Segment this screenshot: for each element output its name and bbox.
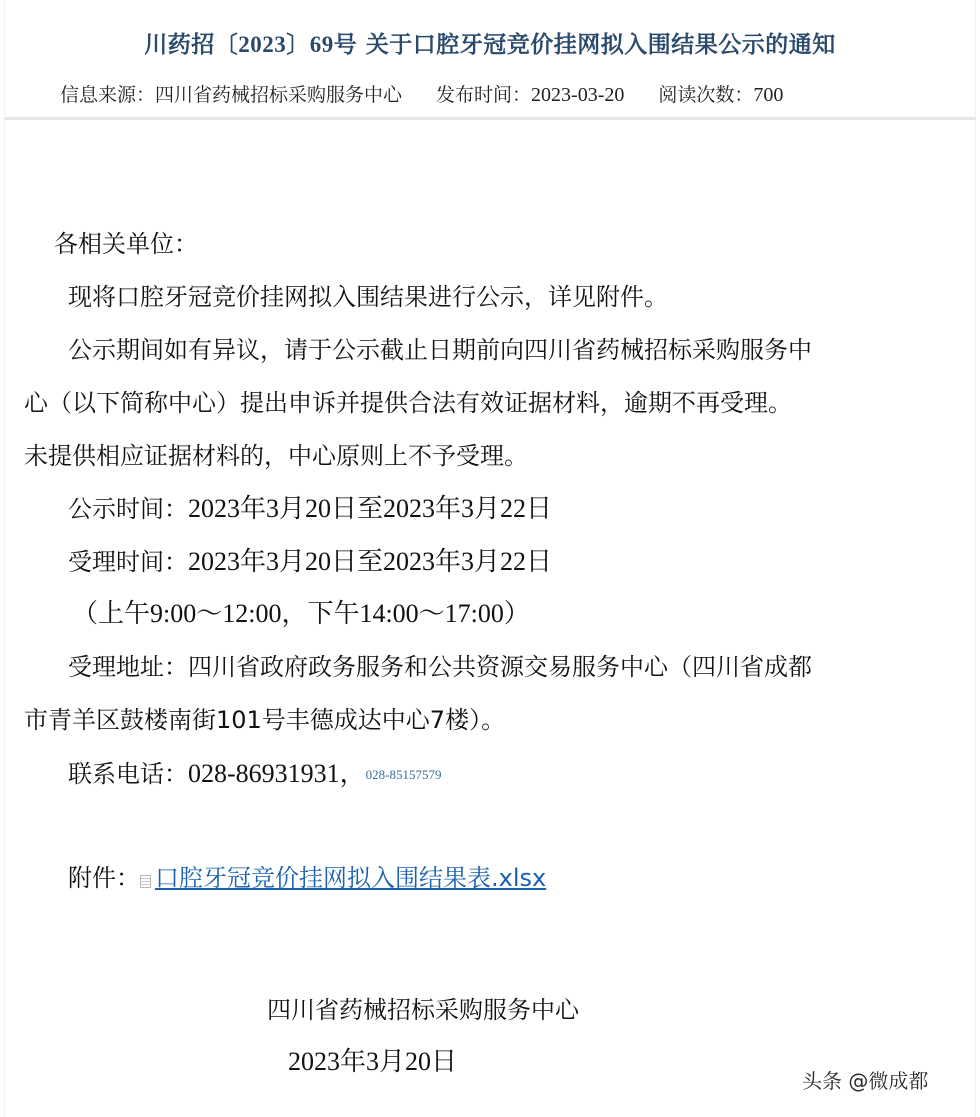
views-count: 700 (753, 84, 783, 106)
header-divider (4, 117, 976, 120)
signature-org: 四川省药械招标采购服务中心 (267, 994, 579, 1026)
publish-date: 2023-03-20 (531, 84, 624, 106)
attachment-label: 附件： (68, 864, 140, 892)
paragraph-objection-line2: 心（以下简称中心）提出申诉并提供合法有效证据材料，逾期不再受理。 (24, 387, 792, 419)
accept-label: 受理时间： (68, 548, 188, 576)
signature-date: 2023年3月20日 (288, 1046, 457, 1078)
file-icon (140, 875, 151, 888)
address-line2: 市青羊区鼓楼南街101号丰德成达中心7楼）。 (24, 704, 505, 736)
source-label: 信息来源： (60, 84, 155, 106)
office-hours: （上午9:00～12:00，下午14:00～17:00） (72, 598, 530, 630)
phone-label: 联系电话： (68, 760, 188, 788)
article-meta: 信息来源：四川省药械招标采购服务中心发布时间：2023-03-20阅读次数：70… (60, 80, 783, 107)
source-value: 四川省药械招标采购服务中心 (155, 84, 402, 106)
contact-phone: 联系电话：028-86931931，028-85157579 (68, 758, 442, 791)
paragraph-objection-line1: 公示期间如有异议，请于公示截止日期前向四川省药械招标采购服务中 (68, 334, 812, 366)
address-value-line1: 四川省政府政务服务和公共资源交易服务中心（四川省成都 (188, 653, 812, 681)
phone-secondary: 028-85157579 (366, 767, 442, 782)
page-title: 川药招〔2023〕69号 关于口腔牙冠竞价挂网拟入围结果公示的通知 (0, 26, 980, 59)
salutation: 各相关单位： (54, 228, 198, 260)
address-label: 受理地址： (68, 653, 188, 681)
acceptance-period: 受理时间：2023年3月20日至2023年3月22日 (68, 546, 552, 578)
publicity-period: 公示时间：2023年3月20日至2023年3月22日 (68, 493, 552, 525)
attachment-link[interactable]: 口腔牙冠竞价挂网拟入围结果表.xlsx (155, 864, 546, 892)
paragraph-objection-line3: 未提供相应证据材料的，中心原则上不予受理。 (24, 440, 528, 472)
phone-primary: 028-86931931， (188, 759, 366, 788)
accept-value: 2023年3月20日至2023年3月22日 (188, 547, 552, 576)
publicity-value: 2023年3月20日至2023年3月22日 (188, 494, 552, 523)
publish-label: 发布时间： (436, 84, 531, 106)
address-line1: 受理地址：四川省政府政务服务和公共资源交易服务中心（四川省成都 (68, 651, 812, 683)
watermark: 头条 @微成都 (802, 1065, 928, 1094)
attachment-row: 附件：口腔牙冠竞价挂网拟入围结果表.xlsx (68, 862, 546, 894)
publicity-label: 公示时间： (68, 495, 188, 523)
paragraph-notice: 现将口腔牙冠竞价挂网拟入围结果进行公示，详见附件。 (68, 281, 668, 313)
views-label: 阅读次数： (658, 84, 753, 106)
